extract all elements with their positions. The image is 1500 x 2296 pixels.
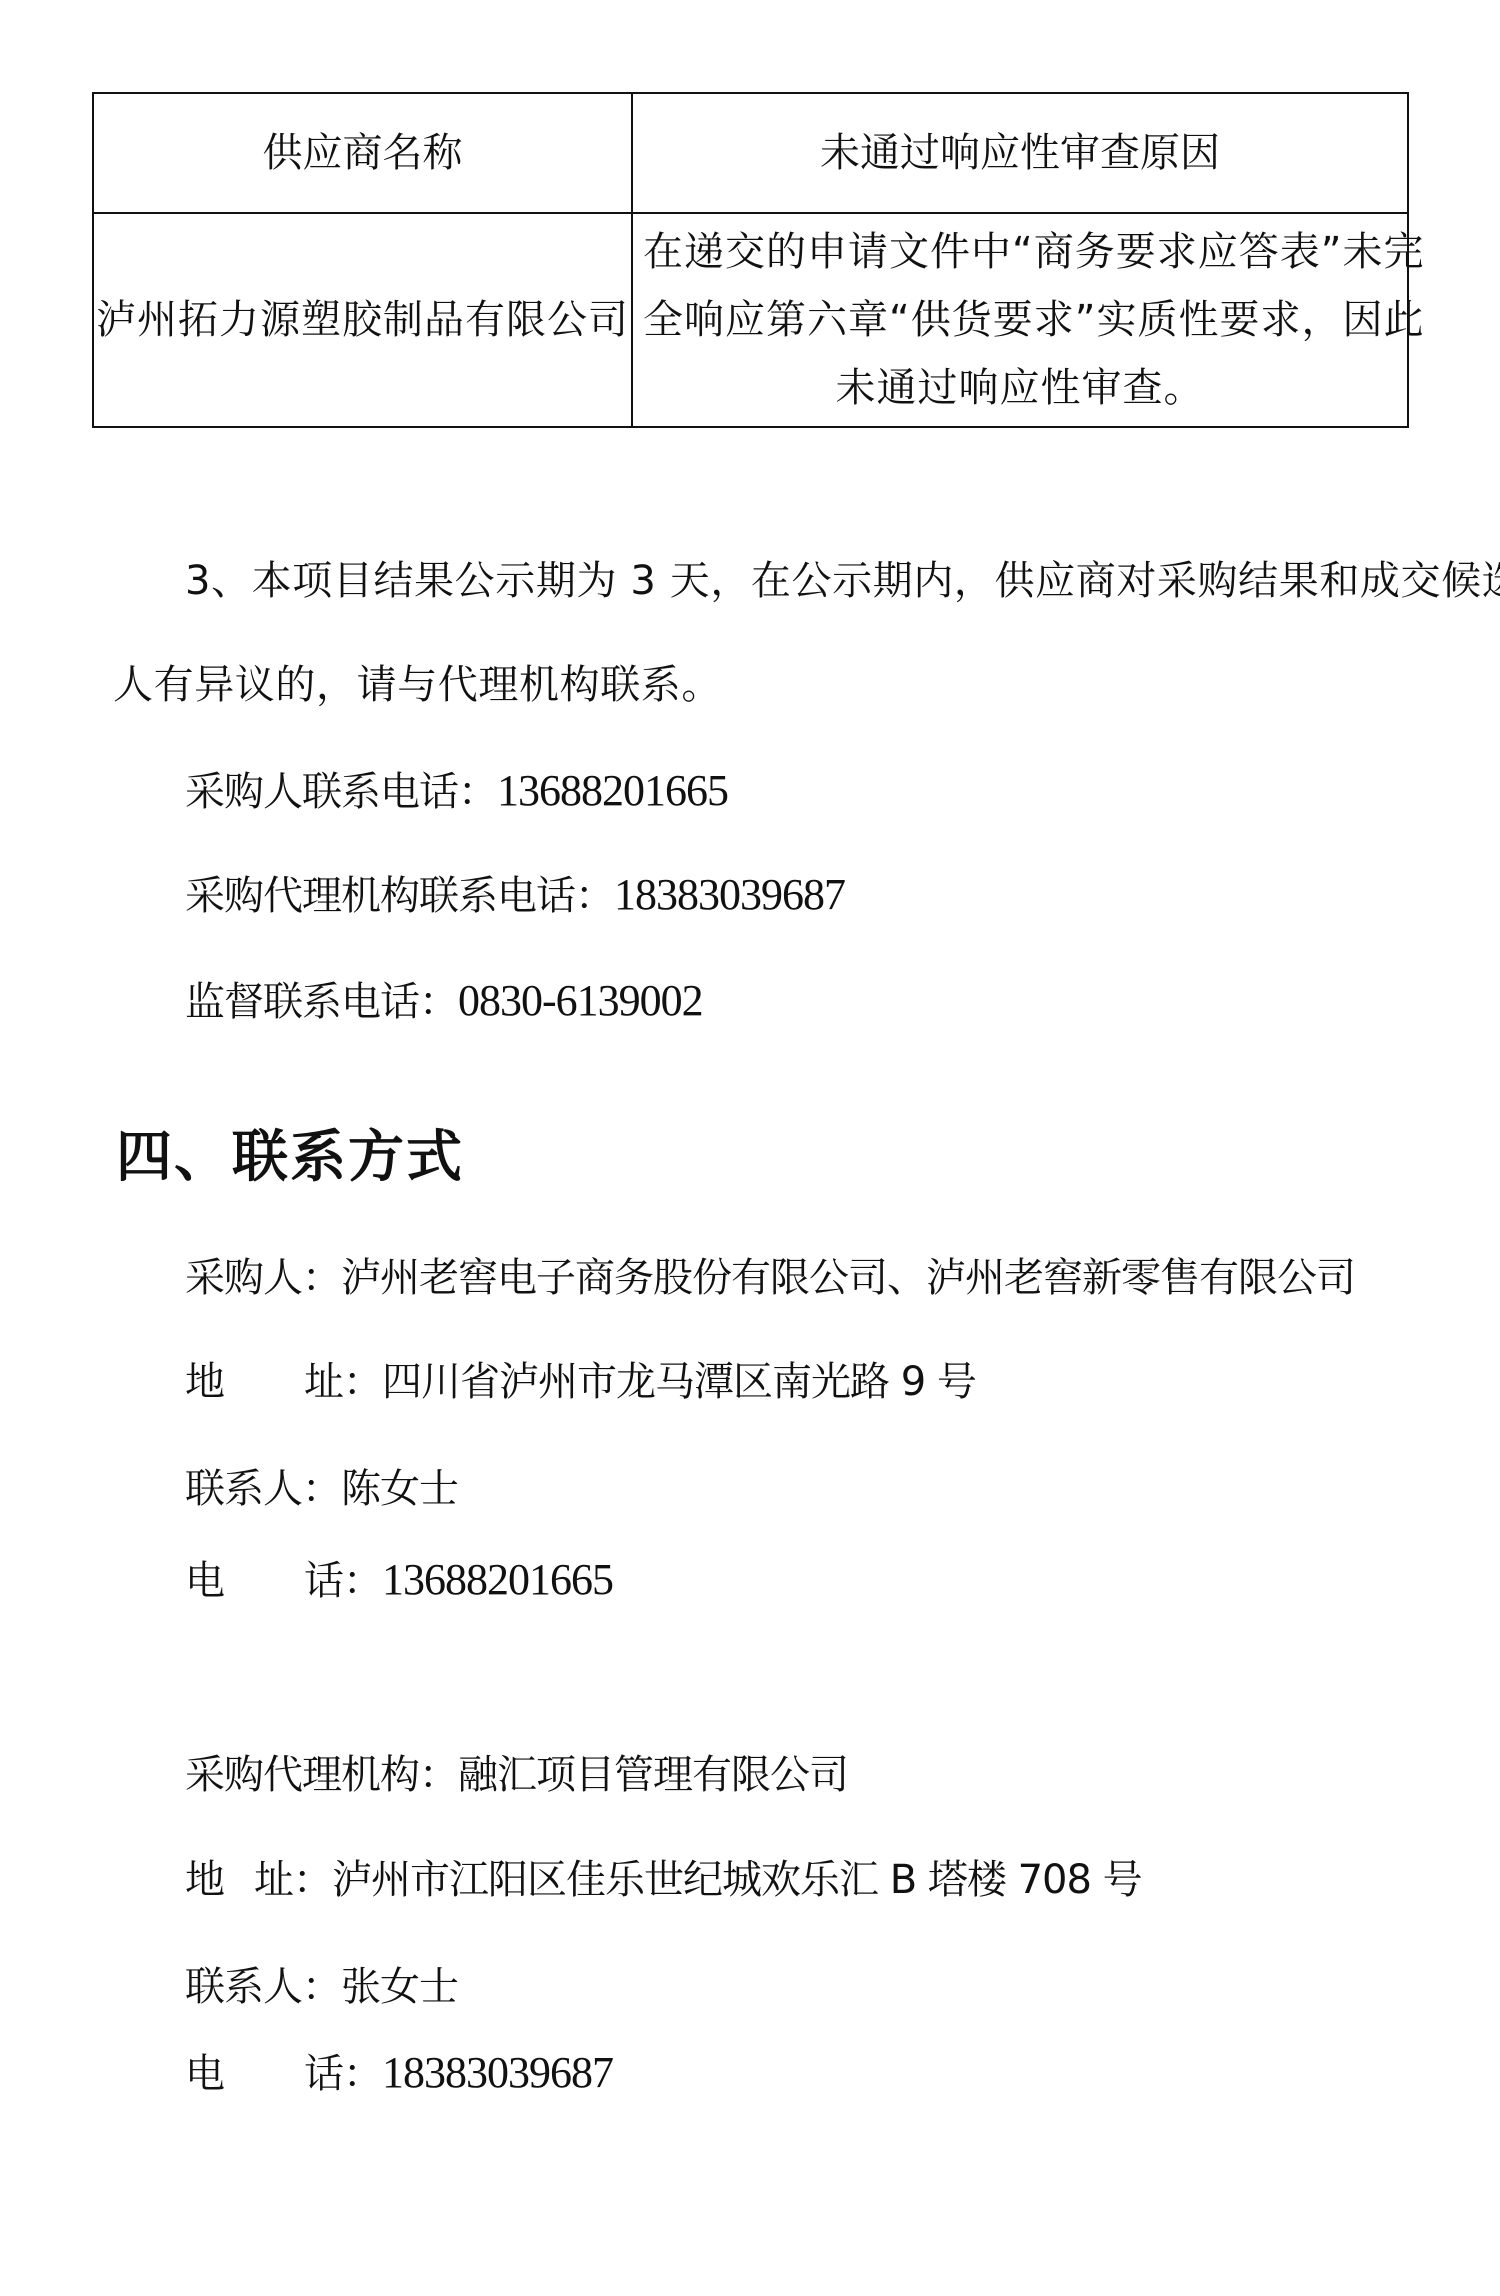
header-failure-reason: 未通过响应性审查原因 [632,93,1408,213]
purchaser-phone-line: 采购人联系电话：13688201665 [185,766,728,817]
agency-phone-line: 采购代理机构联系电话：18383039687 [185,870,845,921]
supervision-phone-label: 监督联系电话： [185,979,458,1025]
failed-review-table: 供应商名称 未通过响应性审查原因 泸州拓力源塑胶制品有限公司 在递交的申请文件中… [92,92,1409,428]
failure-reason-cell: 在递交的申请文件中“商务要求应答表”未完 全响应第六章“供货要求”实质性要求，因… [632,213,1408,427]
agency-address-line: 地址：泸州市江阳区佳乐世纪城欢乐汇 B 塔楼 708 号 [185,1855,1142,1905]
table-row: 泸州拓力源塑胶制品有限公司 在递交的申请文件中“商务要求应答表”未完 全响应第六… [93,213,1408,427]
supervision-phone-value: 0830-6139002 [458,976,703,1025]
agency-contact-name: 张女士 [341,1964,458,2010]
reason-line: 在递交的申请文件中“商务要求应答表”未完 [643,218,1397,286]
agency-tel: 18383039687 [382,2048,613,2097]
agency-address-label-a: 地 [185,1857,224,1903]
agency-tel-line: 电话：18383039687 [185,2048,613,2099]
purchaser-tel-label-b: 话： [304,1558,382,1604]
agency-name-label: 采购代理机构： [185,1752,458,1798]
supplier-name-cell: 泸州拓力源塑胶制品有限公司 [93,213,632,427]
header-supplier-name: 供应商名称 [93,93,632,213]
supervision-phone-line: 监督联系电话：0830-6139002 [185,976,703,1027]
table-header-row: 供应商名称 未通过响应性审查原因 [93,93,1408,213]
agency-tel-label-b: 话： [304,2051,382,2097]
purchaser-phone-label: 采购人联系电话： [185,769,497,815]
agency-phone-value: 18383039687 [614,870,845,919]
purchaser-name-line: 采购人：泸州老窖电子商务股份有限公司、泸州老窖新零售有限公司 [185,1253,1355,1303]
purchaser-address-label-a: 地 [185,1359,224,1405]
purchaser-tel-line: 电话：13688201665 [185,1555,613,1606]
purchaser-tel: 13688201665 [382,1555,613,1604]
reason-line: 未通过响应性审查。 [643,354,1397,422]
purchaser-contact-name: 陈女士 [341,1466,458,1512]
purchaser-tel-label-a: 电 [185,1558,224,1604]
document-page: 供应商名称 未通过响应性审查原因 泸州拓力源塑胶制品有限公司 在递交的申请文件中… [0,0,1500,2296]
purchaser-name-label: 采购人： [185,1255,341,1301]
purchaser-name: 泸州老窖电子商务股份有限公司、泸州老窖新零售有限公司 [341,1255,1355,1301]
notice-paragraph-line-2: 人有异议的，请与代理机构联系。 [113,660,722,710]
agency-address: 泸州市江阳区佳乐世纪城欢乐汇 B 塔楼 708 号 [332,1857,1142,1903]
purchaser-address: 四川省泸州市龙马潭区南光路 9 号 [382,1359,976,1405]
agency-phone-label: 采购代理机构联系电话： [185,873,614,919]
agency-name: 融汇项目管理有限公司 [458,1752,848,1798]
notice-paragraph-line-1: 3、本项目结果公示期为 3 天，在公示期内，供应商对采购结果和成交候选 [185,556,1500,606]
section-heading-contact: 四、联系方式 [116,1126,464,1190]
reason-line: 全响应第六章“供货要求”实质性要求，因此 [643,286,1397,354]
agency-contact-line: 联系人：张女士 [185,1962,458,2012]
agency-name-line: 采购代理机构：融汇项目管理有限公司 [185,1750,848,1800]
agency-contact-label: 联系人： [185,1964,341,2010]
purchaser-contact-label: 联系人： [185,1466,341,1512]
agency-address-label-b: 址： [254,1857,332,1903]
purchaser-address-line: 地址：四川省泸州市龙马潭区南光路 9 号 [185,1357,976,1407]
purchaser-contact-line: 联系人：陈女士 [185,1464,458,1514]
agency-tel-label-a: 电 [185,2051,224,2097]
purchaser-phone-value: 13688201665 [497,766,728,815]
purchaser-address-label-b: 址： [304,1359,382,1405]
